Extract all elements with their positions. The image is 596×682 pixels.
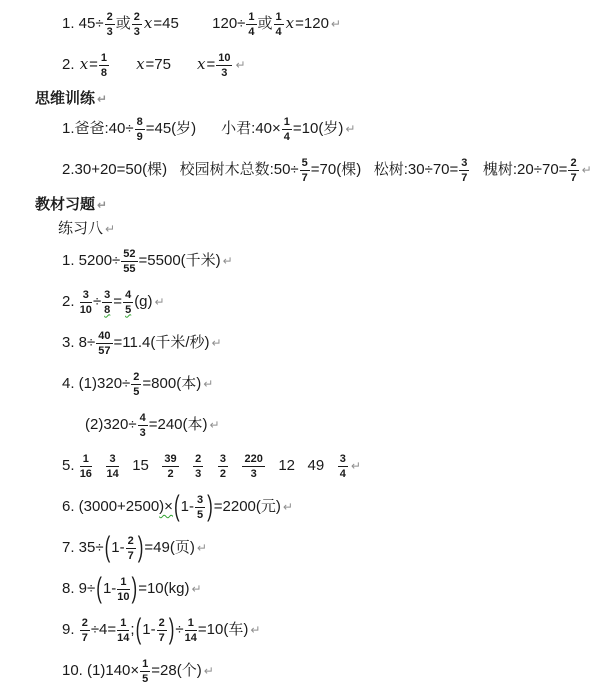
fraction-denominator: 4 xyxy=(274,25,284,38)
fraction: 310 xyxy=(79,289,93,316)
exercise-line-1: 1. 5200÷5255=5500(千米)↵ xyxy=(0,244,596,278)
fraction-numerator: 2 xyxy=(105,11,115,25)
fraction-numerator: 2 xyxy=(126,535,136,549)
exercise-line-7: 7. 35÷(1-27)=49(页)↵ xyxy=(0,531,596,565)
fraction-denominator: 14 xyxy=(106,467,118,480)
paragraph-return-icon: ↵ xyxy=(155,295,165,309)
text-run: 2. xyxy=(62,56,79,73)
fraction: 27 xyxy=(125,535,137,562)
fraction-numerator: 2 xyxy=(80,617,90,631)
fraction-denominator: 7 xyxy=(568,171,578,184)
text-run: =45(岁) 小君:40× xyxy=(146,120,281,137)
paragraph-return-icon: ↵ xyxy=(250,623,260,637)
text-run: )× xyxy=(159,498,173,515)
fraction-denominator: 5 xyxy=(140,672,150,682)
fraction-denominator: 3 xyxy=(138,426,148,439)
fraction-denominator: 4 xyxy=(338,467,348,480)
text-run: 1.爸爸:40÷ xyxy=(62,120,134,137)
answer-line-1: 1. 45÷23或23x=45 120÷14或14x=120↵ xyxy=(0,6,596,40)
document-body: 1. 45÷23或23x=45 120÷14或14x=120↵2. x=18 x… xyxy=(0,0,596,682)
text-run: 1- xyxy=(142,621,155,638)
exercise-line-9: 9. 27÷4=114;(1-27)÷114=10(车)↵ xyxy=(0,613,596,647)
text-run: ÷ xyxy=(175,621,183,638)
text-run xyxy=(110,56,135,73)
fraction-denominator: 5 xyxy=(123,303,133,316)
exercise-line-4a: 4. (1)320÷25=800(本)↵ xyxy=(0,367,596,401)
exercise-line-5: 5. 116 314 15 392 23 32 2203 12 49 34↵ xyxy=(0,449,596,483)
fraction-denominator: 3 xyxy=(193,467,203,480)
fraction-denominator: 8 xyxy=(99,66,109,79)
fraction: 57 xyxy=(299,157,311,184)
math-variable: x xyxy=(79,55,89,73)
siwei-line-2: 2.30+20=50(棵) 校园树木总数:50÷57=70(棵) 松树:30÷7… xyxy=(0,153,596,187)
fraction: 14 xyxy=(245,11,257,38)
text-run: =2200(元) xyxy=(214,498,281,515)
fraction-denominator: 3 xyxy=(132,25,142,38)
fraction-numerator: 4 xyxy=(138,412,148,426)
fraction-denominator: 7 xyxy=(300,171,310,184)
fraction-denominator: 2 xyxy=(218,467,228,480)
text-run: =45 120÷ xyxy=(153,15,245,32)
fraction-denominator: 9 xyxy=(135,130,145,143)
fraction-numerator: 1 xyxy=(274,11,284,25)
big-paren: ( xyxy=(173,490,181,524)
fraction-denominator: 3 xyxy=(242,467,264,480)
fraction-numerator: 40 xyxy=(96,330,112,344)
fraction-numerator: 3 xyxy=(218,453,228,467)
exercise-line-6: 6. (3000+2500)×(1-35)=2200(元)↵ xyxy=(0,490,596,524)
fraction-numerator: 3 xyxy=(459,157,469,171)
page: { "page": { "background": "#ffffff", "te… xyxy=(0,0,596,682)
fraction: 103 xyxy=(215,52,233,79)
fraction: 34 xyxy=(337,453,349,480)
fraction-denominator: 4 xyxy=(246,25,256,38)
text-run: 教材习题 xyxy=(35,196,95,213)
fraction-numerator: 1 xyxy=(117,617,129,631)
text-run: 1- xyxy=(181,498,194,515)
fraction-numerator: 52 xyxy=(121,248,137,262)
math-variable: x xyxy=(196,55,206,73)
text-run: =75 xyxy=(146,56,196,73)
text-run: 8. 9÷ xyxy=(62,580,95,597)
exercise-line-3: 3. 8÷4057=11.4(千米/秒)↵ xyxy=(0,326,596,360)
fraction-numerator: 8 xyxy=(135,116,145,130)
fraction-numerator: 1 xyxy=(246,11,256,25)
text-run: 2. xyxy=(62,293,79,310)
text-run: (g) xyxy=(134,293,152,310)
text-run: 15 xyxy=(120,457,162,474)
math-variable: x xyxy=(135,55,145,73)
fraction-numerator: 220 xyxy=(242,453,264,467)
fraction-numerator: 1 xyxy=(80,453,92,467)
fraction: 27 xyxy=(79,617,91,644)
text-run: 1. 45÷ xyxy=(62,15,104,32)
fraction: 114 xyxy=(116,617,130,644)
text-run: 或 xyxy=(116,15,131,32)
text-run xyxy=(204,457,217,474)
text-run: 或 xyxy=(258,15,273,32)
fraction: 15 xyxy=(139,658,151,682)
text-run: = xyxy=(89,56,98,73)
fraction: 38 xyxy=(101,289,113,316)
fraction-numerator: 1 xyxy=(282,116,292,130)
text-run: 2.30+20=50(棵) 校园树木总数:50÷ xyxy=(62,161,299,178)
big-paren: ) xyxy=(131,572,139,606)
exercise-line-4b: (2)320÷43=240(本)↵ xyxy=(0,408,596,442)
paragraph-return-icon: ↵ xyxy=(345,122,355,136)
text-run: =10(车) xyxy=(198,621,248,638)
fraction: 23 xyxy=(192,453,204,480)
fraction: 45 xyxy=(122,289,134,316)
fraction: 23 xyxy=(131,11,143,38)
text-run: 5. xyxy=(62,457,79,474)
paragraph-return-icon: ↵ xyxy=(204,664,214,678)
fraction-numerator: 39 xyxy=(162,453,178,467)
text-run: =120 xyxy=(295,15,329,32)
text-run: =10(岁) xyxy=(293,120,343,137)
paragraph-return-icon: ↵ xyxy=(331,17,341,31)
paragraph-return-icon: ↵ xyxy=(283,500,293,514)
text-run: 1- xyxy=(103,580,116,597)
fraction: 14 xyxy=(281,116,293,143)
fraction: 23 xyxy=(104,11,116,38)
exercise-line-8: 8. 9÷(1-110)=10(kg)↵ xyxy=(0,572,596,606)
big-paren: ) xyxy=(206,490,214,524)
text-run: 1- xyxy=(111,539,124,556)
fraction-numerator: 2 xyxy=(132,11,142,25)
fraction: 114 xyxy=(184,617,198,644)
fraction-numerator: 3 xyxy=(102,289,112,303)
fraction: 32 xyxy=(217,453,229,480)
paragraph-return-icon: ↵ xyxy=(235,58,245,72)
big-paren: ( xyxy=(135,613,143,647)
fraction: 2203 xyxy=(241,453,265,480)
text-run: ÷ xyxy=(93,293,101,310)
big-paren: ( xyxy=(95,572,103,606)
fraction-numerator: 2 xyxy=(193,453,203,467)
text-run: 6. (3000+2500 xyxy=(62,498,159,515)
text-run: =11.4(千米/秒) xyxy=(114,334,210,351)
exercise-line-2: 2. 310÷38=45(g)↵ xyxy=(0,285,596,319)
fraction-denominator: 14 xyxy=(185,631,197,644)
fraction-numerator: 1 xyxy=(117,576,129,590)
section-heading-jiaocai: 教材习题↵ xyxy=(0,194,596,216)
text-run: 练习八 xyxy=(58,220,103,237)
text-run: =70(棵) 松树:30÷70= xyxy=(311,161,458,178)
fraction: 116 xyxy=(79,453,93,480)
fraction-denominator: 3 xyxy=(216,66,232,79)
answer-line-2: 2. x=18 x=75 x=103↵ xyxy=(0,47,596,81)
text-run xyxy=(93,457,106,474)
big-paren: ) xyxy=(137,531,145,565)
paragraph-return-icon: ↵ xyxy=(97,198,107,212)
big-paren: ( xyxy=(104,531,112,565)
section-heading-siwei: 思维训练↵ xyxy=(0,88,596,110)
paragraph-return-icon: ↵ xyxy=(197,541,207,555)
fraction-denominator: 7 xyxy=(459,171,469,184)
siwei-line-1: 1.爸爸:40÷89=45(岁) 小君:40×14=10(岁)↵ xyxy=(0,112,596,146)
fraction: 43 xyxy=(137,412,149,439)
paragraph-return-icon: ↵ xyxy=(223,254,233,268)
text-run: 思维训练 xyxy=(35,90,95,107)
fraction: 37 xyxy=(458,157,470,184)
fraction-denominator: 5 xyxy=(131,385,141,398)
fraction-denominator: 10 xyxy=(117,590,129,603)
fraction: 27 xyxy=(567,157,579,184)
paragraph-return-icon: ↵ xyxy=(351,459,361,473)
fraction-denominator: 14 xyxy=(117,631,129,644)
paragraph-return-icon: ↵ xyxy=(105,222,115,236)
text-run: =240(本) xyxy=(149,416,208,433)
fraction-numerator: 2 xyxy=(131,371,141,385)
paragraph-return-icon: ↵ xyxy=(203,377,213,391)
fraction: 25 xyxy=(130,371,142,398)
fraction-numerator: 1 xyxy=(140,658,150,672)
fraction: 18 xyxy=(98,52,110,79)
text-run: (2)320÷ xyxy=(85,416,137,433)
fraction-denominator: 10 xyxy=(80,303,92,316)
fraction: 110 xyxy=(116,576,130,603)
text-run: = xyxy=(113,293,122,310)
paragraph-return-icon: ↵ xyxy=(212,336,222,350)
fraction: 14 xyxy=(273,11,285,38)
fraction-numerator: 3 xyxy=(80,289,92,303)
fraction-denominator: 5 xyxy=(195,508,205,521)
text-run xyxy=(229,457,242,474)
paragraph-return-icon: ↵ xyxy=(191,582,201,596)
text-run: =28(个) xyxy=(151,662,201,679)
fraction: 35 xyxy=(194,494,206,521)
text-run: 槐树:20÷70= xyxy=(470,161,567,178)
fraction-denominator: 7 xyxy=(126,549,136,562)
fraction-denominator: 16 xyxy=(80,467,92,480)
fraction-numerator: 2 xyxy=(157,617,167,631)
fraction: 392 xyxy=(161,453,179,480)
fraction-denominator: 4 xyxy=(282,130,292,143)
fraction-denominator: 8 xyxy=(102,303,112,316)
fraction-numerator: 3 xyxy=(195,494,205,508)
fraction: 4057 xyxy=(95,330,113,357)
text-run xyxy=(180,457,193,474)
fraction-numerator: 5 xyxy=(300,157,310,171)
fraction-denominator: 57 xyxy=(96,344,112,357)
text-run: 1. 5200÷ xyxy=(62,252,120,269)
text-run: 12 49 xyxy=(266,457,337,474)
fraction-denominator: 2 xyxy=(162,467,178,480)
fraction: 314 xyxy=(105,453,119,480)
fraction-denominator: 7 xyxy=(157,631,167,644)
text-run: 10. (1)140× xyxy=(62,662,139,679)
text-run: 9. xyxy=(62,621,79,638)
fraction-numerator: 4 xyxy=(123,289,133,303)
text-run: 4. (1)320÷ xyxy=(62,375,130,392)
fraction-numerator: 1 xyxy=(185,617,197,631)
fraction-numerator: 1 xyxy=(99,52,109,66)
text-run: 7. 35÷ xyxy=(62,539,104,556)
fraction: 5255 xyxy=(120,248,138,275)
text-run: =49(页) xyxy=(144,539,194,556)
paragraph-return-icon: ↵ xyxy=(582,163,592,177)
text-run: =5500(千米) xyxy=(139,252,221,269)
text-run: 3. 8÷ xyxy=(62,334,95,351)
fraction-denominator: 7 xyxy=(80,631,90,644)
math-variable: x xyxy=(143,14,153,32)
fraction-denominator: 3 xyxy=(105,25,115,38)
text-run: = xyxy=(206,56,215,73)
text-run: =10(kg) xyxy=(138,580,189,597)
paragraph-return-icon: ↵ xyxy=(97,92,107,106)
fraction-numerator: 10 xyxy=(216,52,232,66)
big-paren: ) xyxy=(168,613,176,647)
text-run: =800(本) xyxy=(142,375,201,392)
fraction: 89 xyxy=(134,116,146,143)
fraction: 27 xyxy=(156,617,168,644)
fraction-numerator: 3 xyxy=(338,453,348,467)
text-run: ÷4= xyxy=(91,621,116,638)
math-variable: x xyxy=(285,14,295,32)
fraction-numerator: 2 xyxy=(568,157,578,171)
fraction-denominator: 55 xyxy=(121,262,137,275)
exercise-line-10: 10. (1)140×15=28(个)↵ xyxy=(0,654,596,682)
paragraph-return-icon: ↵ xyxy=(210,418,220,432)
subsection-lianxi8: 练习八↵ xyxy=(0,218,596,240)
fraction-numerator: 3 xyxy=(106,453,118,467)
